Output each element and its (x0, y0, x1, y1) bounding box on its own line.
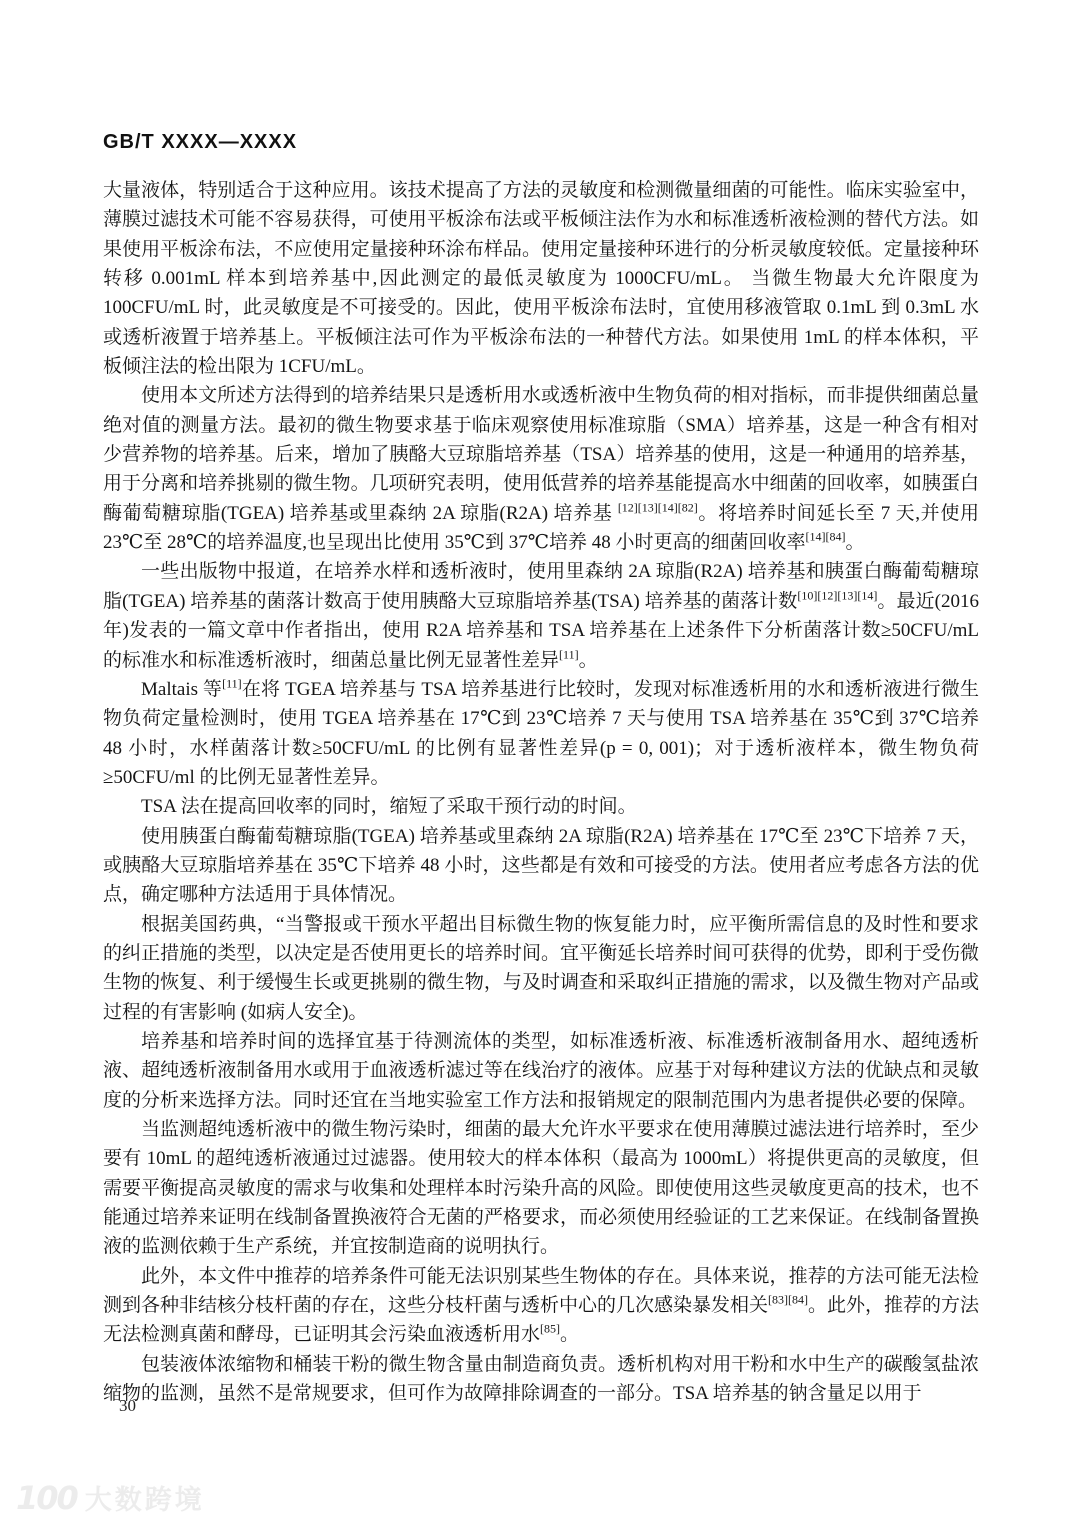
paragraph-text: 根据美国药典，“当警报或干预水平超出目标微生物的恢复能力时，应平衡所需信息的及时… (103, 914, 979, 1023)
watermark-logo-icon: 100 (16, 1479, 77, 1517)
paragraph: 当监测超纯透析液中的微生物污染时，细菌的最大允许水平要求在使用薄膜过滤法进行培养… (103, 1115, 979, 1262)
reference-superscript: [14][84] (806, 530, 846, 544)
reference-superscript: [11] (559, 647, 579, 661)
paragraph-text: 大量液体，特别适合于这种应用。该技术提高了方法的灵敏度和检测微量细菌的可能性。临… (103, 180, 979, 377)
paragraph: Maltais 等[11]在将 TGEA 培养基与 TSA 培养基进行比较时，发… (103, 675, 979, 792)
paragraph-text: 当监测超纯透析液中的微生物污染时，细菌的最大允许水平要求在使用薄膜过滤法进行培养… (103, 1119, 979, 1257)
paragraph: TSA 法在提高回收率的同时，缩短了采取干预行动的时间。 (103, 792, 979, 821)
paragraph-text: 在将 TGEA 培养基与 TSA 培养基进行比较时，发现对标准透析用的水和透析液… (103, 679, 979, 788)
paragraph-text: 。 (560, 1324, 579, 1345)
paragraph: 大量液体，特别适合于这种应用。该技术提高了方法的灵敏度和检测微量细菌的可能性。临… (103, 176, 979, 381)
paragraph-text: TSA 法在提高回收率的同时，缩短了采取干预行动的时间。 (141, 796, 637, 817)
paragraph-text: 包装液体浓缩物和桶装干粉的微生物含量由制造商负责。透析机构对用干粉和水中生产的碳… (103, 1354, 979, 1404)
watermark: 100 大数跨境 (16, 1478, 205, 1517)
page-number: 30 (119, 1396, 136, 1416)
paragraph: 根据美国药典，“当警报或干预水平超出目标微生物的恢复能力时，应平衡所需信息的及时… (103, 910, 979, 1027)
paragraph: 一些出版物中报道，在培养水样和透析液时，使用里森纳 2A 琼脂(R2A) 培养基… (103, 557, 979, 674)
document-page: GB/T XXXX—XXXX 大量液体，特别适合于这种应用。该技术提高了方法的灵… (0, 0, 1080, 1527)
paragraph: 使用本文所述方法得到的培养结果只是透析用水或透析液中生物负荷的相对指标，而非提供… (103, 381, 979, 557)
reference-superscript: [11] (222, 677, 242, 691)
paragraph-text: 。 (846, 532, 865, 553)
paragraph-text: 一些出版物中报道，在培养水样和透析液时，使用里森纳 2A 琼脂(R2A) 培养基… (103, 561, 979, 611)
reference-superscript: [10][12][13][14] (797, 588, 877, 602)
paragraph-text: 培养基和培养时间的选择宜基于待测流体的类型，如标准透析液、标准透析液制备用水、超… (103, 1031, 979, 1111)
paragraph-text: 使用胰蛋白酶葡萄糖琼脂(TGEA) 培养基或里森纳 2A 琼脂(R2A) 培养基… (103, 826, 979, 906)
reference-superscript: [83][84] (768, 1293, 808, 1307)
reference-superscript: [12][13][14][82] (618, 500, 698, 514)
paragraph: 包装液体浓缩物和桶装干粉的微生物含量由制造商负责。透析机构对用干粉和水中生产的碳… (103, 1350, 979, 1409)
document-header-code: GB/T XXXX—XXXX (103, 131, 297, 154)
paragraph-text: 。 (579, 650, 598, 671)
document-body: 大量液体，特别适合于这种应用。该技术提高了方法的灵敏度和检测微量细菌的可能性。临… (103, 176, 979, 1408)
paragraph: 此外，本文件中推荐的培养条件可能无法识别某些生物体的存在。具体来说，推荐的方法可… (103, 1262, 979, 1350)
watermark-text: 大数跨境 (85, 1478, 205, 1517)
reference-superscript: [85] (540, 1322, 560, 1336)
paragraph: 使用胰蛋白酶葡萄糖琼脂(TGEA) 培养基或里森纳 2A 琼脂(R2A) 培养基… (103, 822, 979, 910)
paragraph-text: Maltais 等 (141, 679, 222, 700)
paragraph: 培养基和培养时间的选择宜基于待测流体的类型，如标准透析液、标准透析液制备用水、超… (103, 1027, 979, 1115)
